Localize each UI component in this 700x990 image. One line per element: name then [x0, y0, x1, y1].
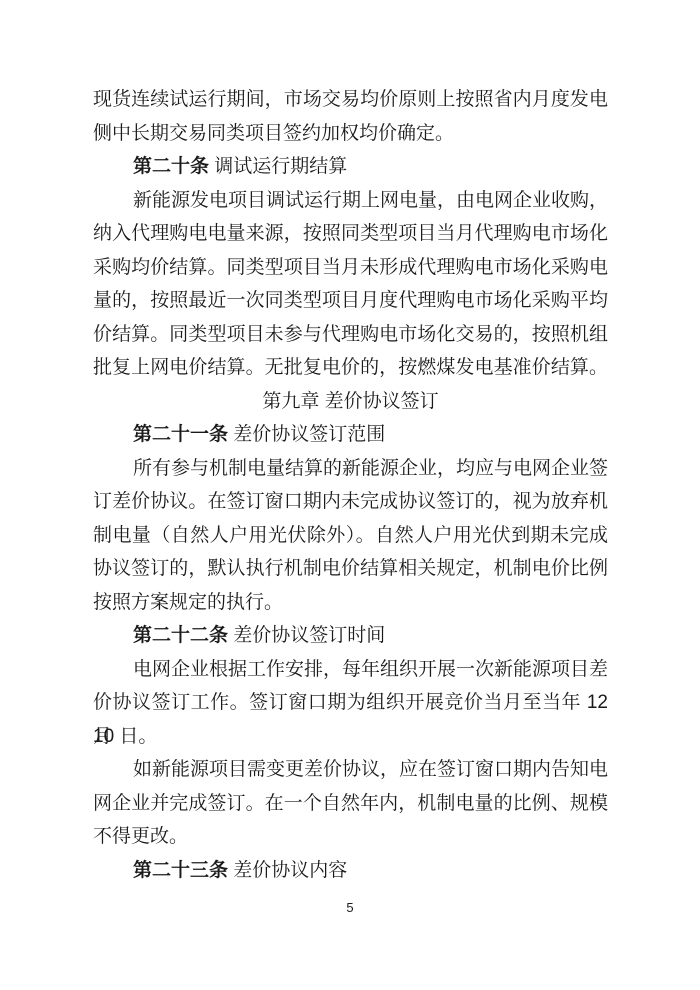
- body-text-line: 如新能源项目需变更差价协议，应在签订窗口期内告知电: [93, 753, 608, 787]
- article-number: 第二十条: [133, 156, 209, 177]
- body-text-line: 价协议签订工作。签订窗口期为组织开展竞价当月至当年 12 月: [93, 686, 608, 720]
- body-text-line: 纳入代理购电电量来源，按照同类型项目当月代理购电市场化: [93, 217, 608, 251]
- article-heading: 第二十二条 差价协议签订时间: [93, 619, 608, 653]
- body-text-line: 采购均价结算。同类型项目当月未形成代理购电市场化采购电: [93, 251, 608, 285]
- body-text-line: 批复上网电价结算。无批复电价的，按燃煤发电基准价结算。: [93, 351, 608, 385]
- article-title: 调试运行期结算: [209, 156, 347, 177]
- body-text-line: 按照方案规定的执行。: [93, 586, 608, 620]
- body-text-line: 量的，按照最近一次同类型项目月度代理购电市场化采购平均: [93, 284, 608, 318]
- body-text-line: 订差价协议。在签订窗口期内未完成协议签订的，视为放弃机: [93, 485, 608, 519]
- article-heading: 第二十条 调试运行期结算: [93, 150, 608, 184]
- article-number: 第二十三条: [133, 860, 228, 881]
- article-title: 差价协议内容: [228, 860, 347, 881]
- article-number: 第二十一条: [133, 424, 228, 445]
- body-text-line: 制电量（自然人户用光伏除外）。自然人户用光伏到期未完成: [93, 519, 608, 553]
- page-number: 5: [0, 899, 700, 917]
- body-text-line: 网企业并完成签订。在一个自然年内，机制电量的比例、规模: [93, 787, 608, 821]
- chapter-heading: 第九章 差价协议签订: [93, 385, 608, 419]
- document-body: 现货连续试运行期间，市场交易均价原则上按照省内月度发电侧中长期交易同类项目签约加…: [93, 83, 608, 887]
- article-title: 差价协议签订时间: [228, 625, 385, 646]
- article-heading: 第二十三条 差价协议内容: [93, 854, 608, 888]
- body-text-line: 侧中长期交易同类项目签约加权均价确定。: [93, 117, 608, 151]
- article-title: 差价协议签订范围: [228, 424, 385, 445]
- body-text-line: 现货连续试运行期间，市场交易均价原则上按照省内月度发电: [93, 83, 608, 117]
- body-text-line: 不得更改。: [93, 820, 608, 854]
- document-page: 现货连续试运行期间，市场交易均价原则上按照省内月度发电侧中长期交易同类项目签约加…: [0, 0, 700, 990]
- body-text-line: 所有参与机制电量结算的新能源企业，均应与电网企业签: [93, 452, 608, 486]
- article-number: 第二十二条: [133, 625, 228, 646]
- article-heading: 第二十一条 差价协议签订范围: [93, 418, 608, 452]
- body-text-line: 协议签订的，默认执行机制电价结算相关规定，机制电价比例: [93, 552, 608, 586]
- body-text-line: 新能源发电项目调试运行期上网电量，由电网企业收购，: [93, 184, 608, 218]
- body-text-line: 电网企业根据工作安排，每年组织开展一次新能源项目差: [93, 653, 608, 687]
- body-text-line: 价结算。同类型项目未参与代理购电市场化交易的，按照机组: [93, 318, 608, 352]
- body-text-line: 10 日。: [93, 720, 608, 754]
